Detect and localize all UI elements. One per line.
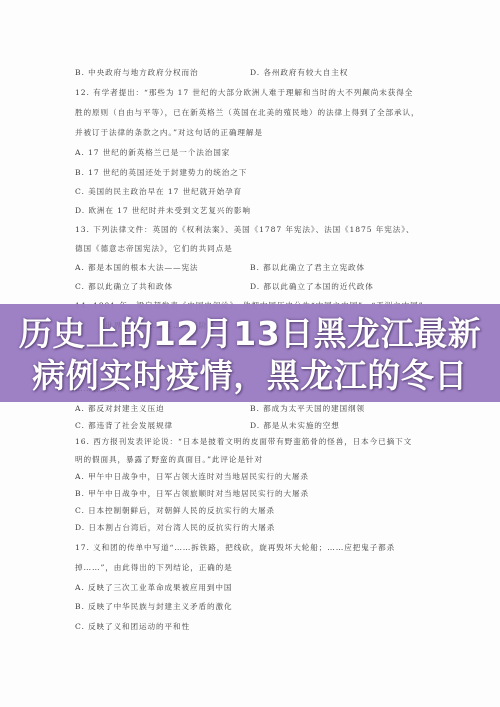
banner-title-line-1: 历史上的12月13日黑龙江最新: [0, 314, 500, 354]
document-line-q13-2: 德国《德意志帝国宪法》，它们的共同点是: [75, 244, 233, 254]
document-line-q13-b: B. 都以此确立了君主立宪政体: [250, 263, 365, 273]
document-line-q15-b: B. 都成为太平天国的建国纲领: [250, 404, 365, 414]
document-line-q15-d: D. 都是从未实施的空想: [250, 421, 340, 431]
title-banner: ……有一致……世界之中国……其……三阶段 历史上的12月13日黑龙江最新 病例实…: [0, 304, 500, 402]
document-line-q12-c: C. 美国的民主政治早在 17 世纪就开始孕育: [75, 187, 242, 197]
document-line-q13-d: D. 都以此确立了本国的近代政体: [250, 282, 374, 292]
document-line-q13-c: C. 都以此确立了共和政体: [75, 282, 173, 292]
document-line-q16-2: 明的假面具，暴露了野蛮的真面目。”此评论是针对: [75, 455, 263, 465]
document-line-q13-1: 13. 下列法律文件：英国的《权利法案》、美国《1787 年宪法》、法国《187…: [75, 225, 414, 235]
document-line-q12-3: 并被订于法律的条款之内。”对这句话的正确理解是: [75, 128, 263, 138]
banner-title-line-2: 病例实时疫情，黑龙江的冬日: [0, 356, 500, 396]
document-line-q16-c: C. 日本控制朝鲜后，对朝鲜人民的反抗实行的大屠杀: [75, 506, 275, 516]
document-line-q17-a: A. 反映了三次工业革命成果被应用到中国: [75, 583, 232, 593]
document-line-q11-d: D. 各州政府有较大自主权: [250, 68, 348, 78]
document-line-q12-d: D. 欧洲在 17 世纪时并未受到文艺复兴的影响: [75, 206, 251, 216]
document-line-q17-b: B. 反映了中华民族与封建主义矛盾的激化: [75, 602, 233, 612]
document-line-q12-a: A. 17 世纪的新英格兰已是一个法治国家: [75, 148, 230, 158]
document-line-q16-d: D. 日本割占台湾后，对台湾人民的反抗实行的大屠杀: [75, 523, 275, 533]
document-line-q15-c: C. 都违背了社会发展规律: [75, 421, 173, 431]
document-line-q17-c: C. 反映了义和团运动的平和性: [75, 622, 190, 632]
document-line-q11-b: B. 中央政府与地方政府分权而治: [75, 68, 199, 78]
document-line-q13-a: A. 都是本国的根本大法——宪法: [75, 263, 198, 273]
document-line-q16-1: 16. 西方报刊发表评论说：“日本是披着文明的皮面带有野蛮筋骨的怪兽，日本今已摘…: [75, 437, 412, 447]
document-line-q12-1: 12. 有学者提出：“那些为 17 世纪的大部分欧洲人难于理解和当时的大不列颠尚…: [75, 88, 413, 98]
document-line-q12-b: B. 17 世纪的英国还处于封建势力的统治之下: [75, 168, 247, 178]
document-line-q16-b: B. 甲午中日战争中，日军占领旅顺时对当地居民实行的大屠杀: [75, 489, 309, 499]
document-line-q17-1: 17. 义和团的传单中写道“……拆铁路，把线砍，旋再毁坏大轮船；……应把鬼子都杀: [75, 543, 395, 553]
document-line-q12-2: 胜的原则（自由与平等），已在新英格兰（英国在北美的殖民地）的法律上得到了全部承认…: [75, 108, 419, 118]
document-line-q16-a: A. 甲午中日战争中，日军占领大连时对当地居民实行的大屠杀: [75, 472, 309, 482]
document-line-q15-a: A. 都反对封建主义压迫: [75, 404, 164, 414]
document-line-q17-2: 掉……”，由此得出的下列结论，正确的是: [75, 563, 233, 573]
